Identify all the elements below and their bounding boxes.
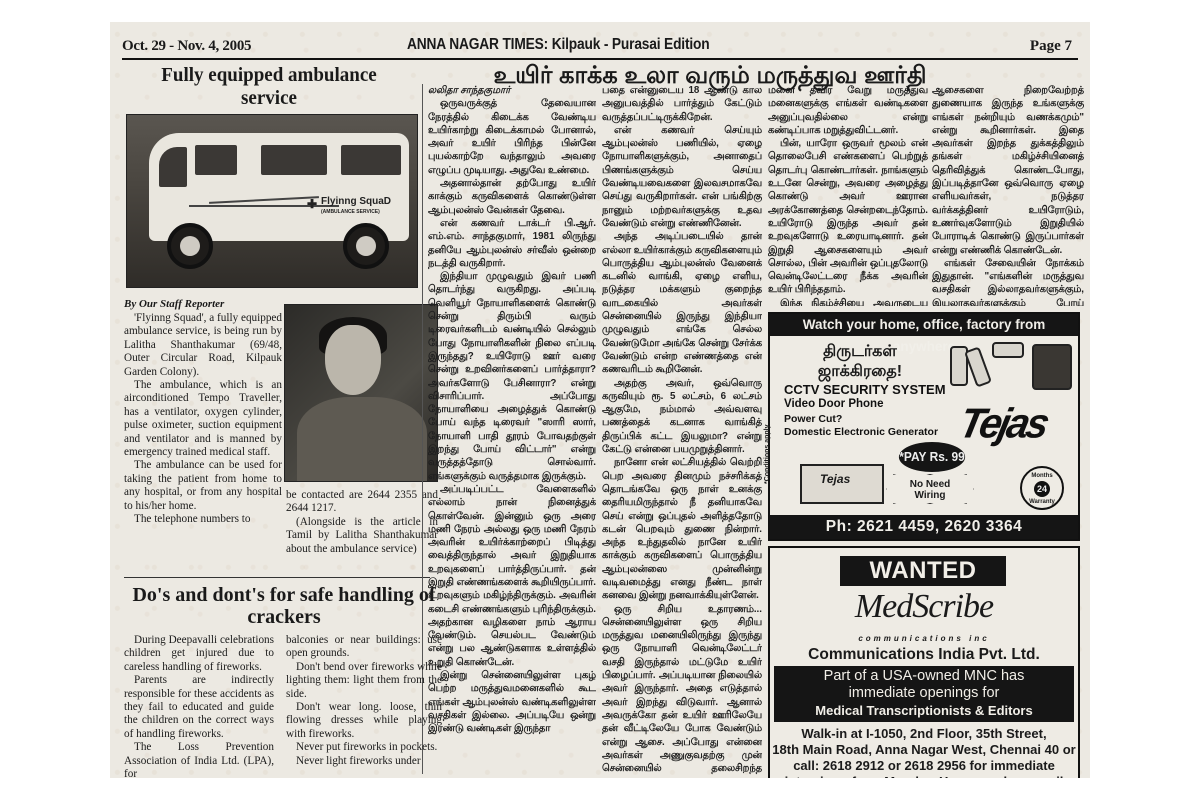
medscribe-wanted-ad: WANTED MedScribe communications inc Comm… <box>768 546 1080 778</box>
tejas-cctv-ad: Watch your home, office, factory from an… <box>768 312 1080 541</box>
crackers-article-col2: balconies or near buildings: use open gr… <box>286 634 442 768</box>
ad-video-line: Video Door Phone <box>784 398 883 410</box>
crackers-article-col1: During Deepavalli celebrations children … <box>124 634 274 778</box>
wanted-title: WANTED <box>840 556 1006 586</box>
pay-badge: *PAY Rs. 99 <box>899 442 965 472</box>
tamil-article-col2: பதை என்னுடைய 18 ஆண்டு கால அனுபவத்தில் பா… <box>602 84 762 776</box>
ad-cctv-line: CCTV SECURITY SYSTEM <box>784 382 946 397</box>
medscribe-logo: MedScribe <box>770 588 1078 626</box>
tamil-article-col3: மனை தவிர வேறு மருத்துவ மனைகளுக்கு எங்கள்… <box>768 84 928 306</box>
byline: By Our Staff Reporter <box>124 298 224 310</box>
crackers-headline: Do's and dont's for safe handling of cra… <box>124 584 444 628</box>
red-cross-icon: ✚ <box>307 197 317 212</box>
tamil-article-col1: லலிதா சாந்தகுமார் ஒருவருக்குத் தேவையான ந… <box>428 84 596 776</box>
walkin-details: Walk-in at I-1050, 2nd Floor, 35th Stree… <box>772 726 1076 778</box>
openings-box: Part of a USA-owned MNC has immediate op… <box>774 666 1074 722</box>
generator-unit-image: Tejas <box>800 464 884 504</box>
lalitha-portrait-photo <box>284 304 438 482</box>
section-divider <box>124 577 430 578</box>
newspaper-page: Oct. 29 - Nov. 4, 2005 ANNA NAGAR TIMES:… <box>110 22 1090 778</box>
van-label: Flyinng SquaD (AMBULANCE SERVICE) <box>321 197 391 217</box>
ad-tamil-slogan: திருடர்கள் ஜாக்கிரதை! <box>800 342 920 382</box>
van-rear-wheel <box>343 223 389 269</box>
tamil-article-col4: ஆசைகளை நிறைவேற்றத் துணையாக இருந்த உங்களு… <box>932 84 1084 306</box>
no-wiring-starburst: No Need Wiring <box>886 474 974 504</box>
ambulance-article-col1: 'Flyinng Squad', a fully equipped ambula… <box>124 312 282 527</box>
page-number: Page 7 <box>1030 38 1072 55</box>
ad-banner: Watch your home, office, factory from an… <box>770 314 1078 336</box>
conditions-note: *Conditions apply <box>764 425 771 485</box>
tamil-author: லலிதா சாந்தகுமார் <box>428 84 596 97</box>
company-name: Communications India Pvt. Ltd. <box>770 646 1078 664</box>
van-front-wheel <box>167 223 213 269</box>
ambulance-van-photo: ✚ Flyinng SquaD (AMBULANCE SERVICE) <box>126 114 418 288</box>
medscribe-tagline: communications inc <box>770 634 1078 643</box>
issue-date: Oct. 29 - Nov. 4, 2005 <box>122 38 251 55</box>
cctv-camera-icons <box>950 342 1070 402</box>
ad-generator-line: Domestic Electronic Generator <box>784 426 938 438</box>
newspaper-title: ANNA NAGAR TIMES: Kilpauk - Purasai Edit… <box>407 36 709 54</box>
warranty-badge: Months 24 Warranty <box>1020 466 1064 510</box>
tejas-logo: Tejas <box>955 401 1051 448</box>
ambulance-headline: Fully equipped ambulance service <box>131 64 407 110</box>
ad-phone-numbers: Ph: 2621 4459, 2620 3364 <box>770 515 1078 539</box>
ambulance-article-col2: be contacted are 2644 2355 and 2644 1217… <box>286 489 438 556</box>
ad-power-line: Power Cut? <box>784 413 842 425</box>
masthead: Oct. 29 - Nov. 4, 2005 ANNA NAGAR TIMES:… <box>122 36 1078 60</box>
